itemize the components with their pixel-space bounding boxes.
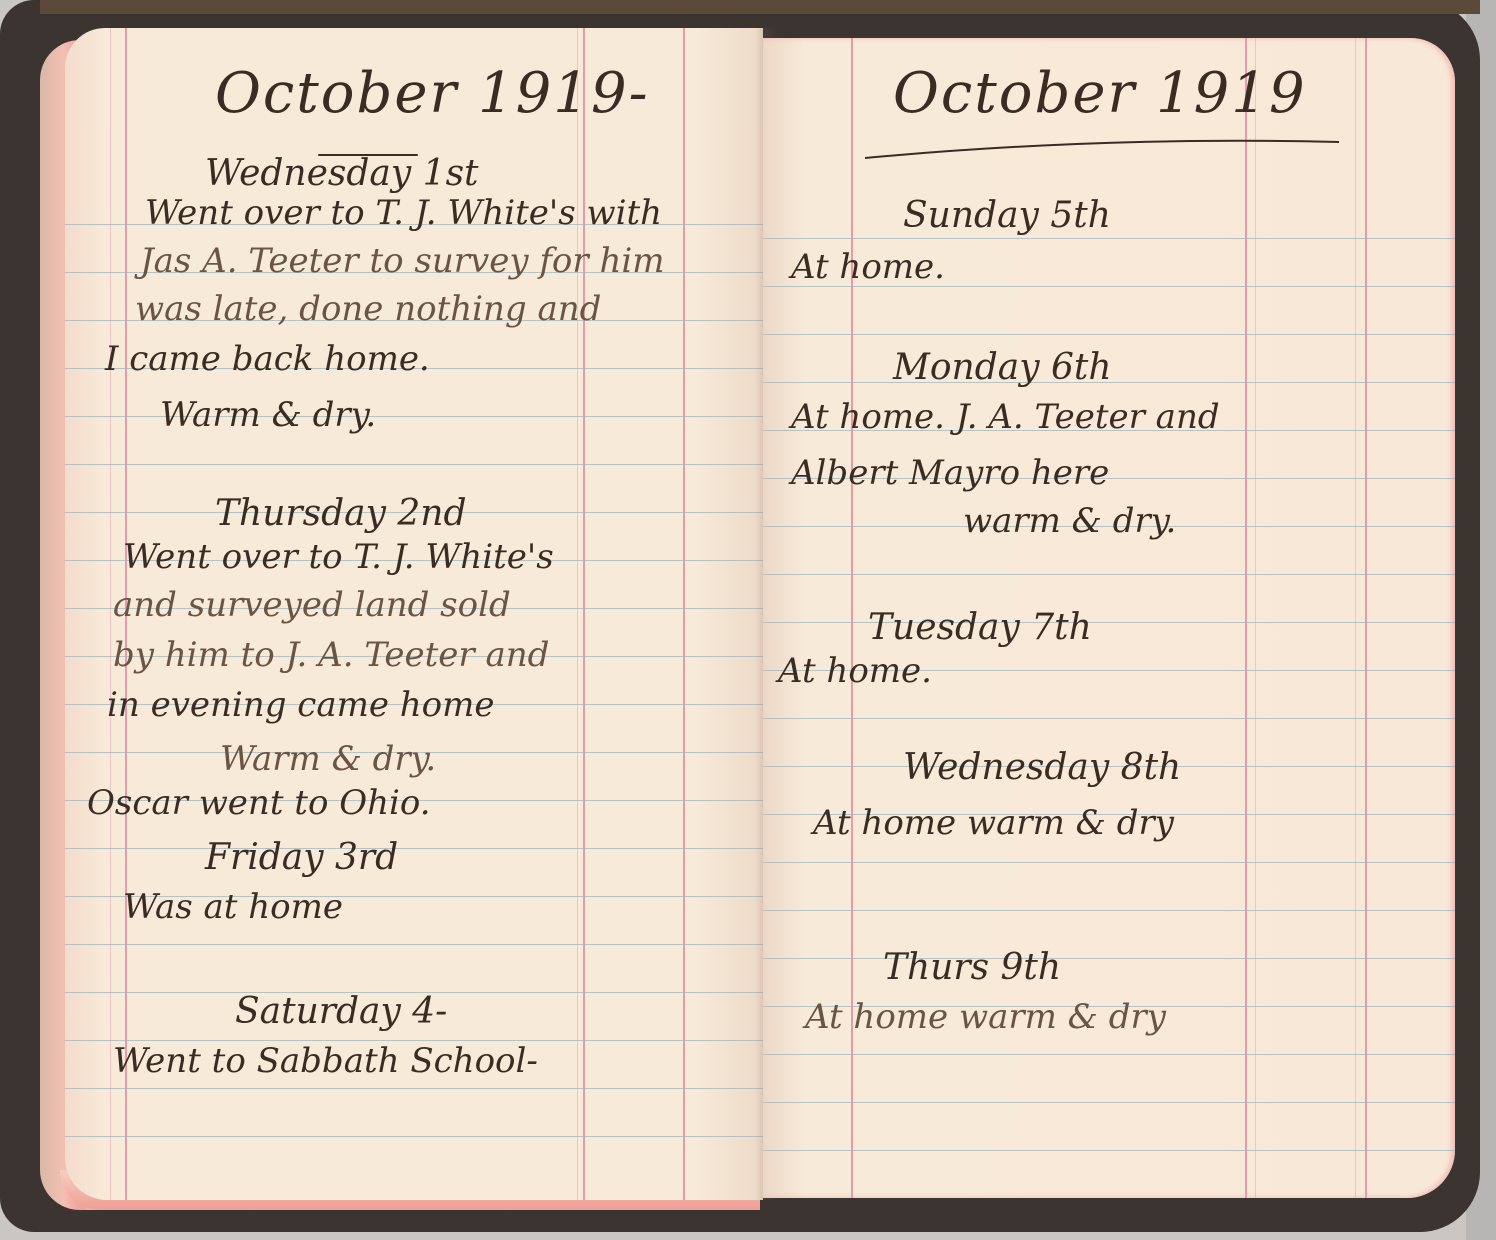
entry-line: Jas A. Teeter to survey for him — [140, 244, 664, 278]
ruled-line — [763, 1054, 1455, 1055]
entry-line: Went over to T. J. White's with — [145, 196, 662, 230]
entry-line: Warm & dry. — [160, 398, 376, 432]
ruled-line — [763, 1102, 1455, 1103]
entry-line: I came back home. — [105, 342, 430, 376]
ruled-line — [65, 464, 763, 465]
entry-day: Sunday 5th — [903, 198, 1111, 234]
entry-line: was late, done nothing and — [135, 292, 601, 326]
ruled-line — [65, 944, 763, 945]
ruled-line — [763, 238, 1455, 239]
ruled-line — [763, 1150, 1455, 1151]
entry-day: Thursday 2nd — [215, 496, 467, 532]
entry-line: Went over to T. J. White's — [123, 540, 554, 574]
entry-line: and surveyed land sold — [113, 588, 511, 622]
entry-line: in evening came home — [107, 688, 494, 722]
ruled-line — [65, 1088, 763, 1089]
entry-line: Went to Sabbath School- — [113, 1044, 538, 1078]
cover-top-edge — [40, 0, 1480, 14]
entry-line: Warm & dry. — [220, 742, 436, 776]
ruled-line — [763, 910, 1455, 911]
entry-line: At home warm & dry — [805, 1000, 1166, 1034]
ruled-line — [763, 574, 1455, 575]
entry-line: warm & dry. — [963, 504, 1176, 538]
entry-line: At home warm & dry — [813, 806, 1174, 840]
entry-day: Wednesday 8th — [903, 750, 1181, 786]
heading-flourish — [863, 128, 1343, 168]
ruled-line — [763, 958, 1455, 959]
entry-line: At home. J. A. Teeter and — [791, 400, 1220, 434]
entry-day: Monday 6th — [893, 350, 1112, 386]
entry-line: At home. — [791, 250, 945, 284]
entry-line: Oscar went to Ohio. — [87, 786, 431, 820]
page-heading: October 1919 — [893, 66, 1307, 122]
entry-line: Albert Mayro here — [791, 456, 1109, 490]
column-line — [1365, 38, 1367, 1198]
ruled-line — [763, 718, 1455, 719]
entry-day: Friday 3rd — [205, 840, 398, 876]
margin-line — [110, 28, 111, 1200]
column-line — [1255, 38, 1256, 1198]
right-page: October 1919 Sunday 5th At home. Monday … — [763, 38, 1455, 1198]
column-line — [683, 28, 685, 1200]
entry-day: Saturday 4- — [235, 994, 447, 1030]
ruled-line — [763, 334, 1455, 335]
entry-day: Wednesday 1st — [205, 156, 479, 192]
left-page: October 1919- Wednesday 1st Went over to… — [65, 28, 763, 1200]
entry-line: At home. — [778, 654, 932, 688]
ruled-line — [65, 1136, 763, 1137]
page-heading: October 1919- — [215, 66, 650, 122]
entry-day: Tuesday 7th — [868, 610, 1092, 646]
ruled-line — [763, 862, 1455, 863]
entry-line: by him to J. A. Teeter and — [113, 638, 549, 672]
entry-line: Was at home — [123, 890, 343, 924]
ruled-line — [65, 848, 763, 849]
ruled-line — [763, 622, 1455, 623]
column-line — [1245, 38, 1247, 1198]
entry-day: Thurs 9th — [883, 950, 1061, 986]
column-line — [1355, 38, 1356, 1198]
